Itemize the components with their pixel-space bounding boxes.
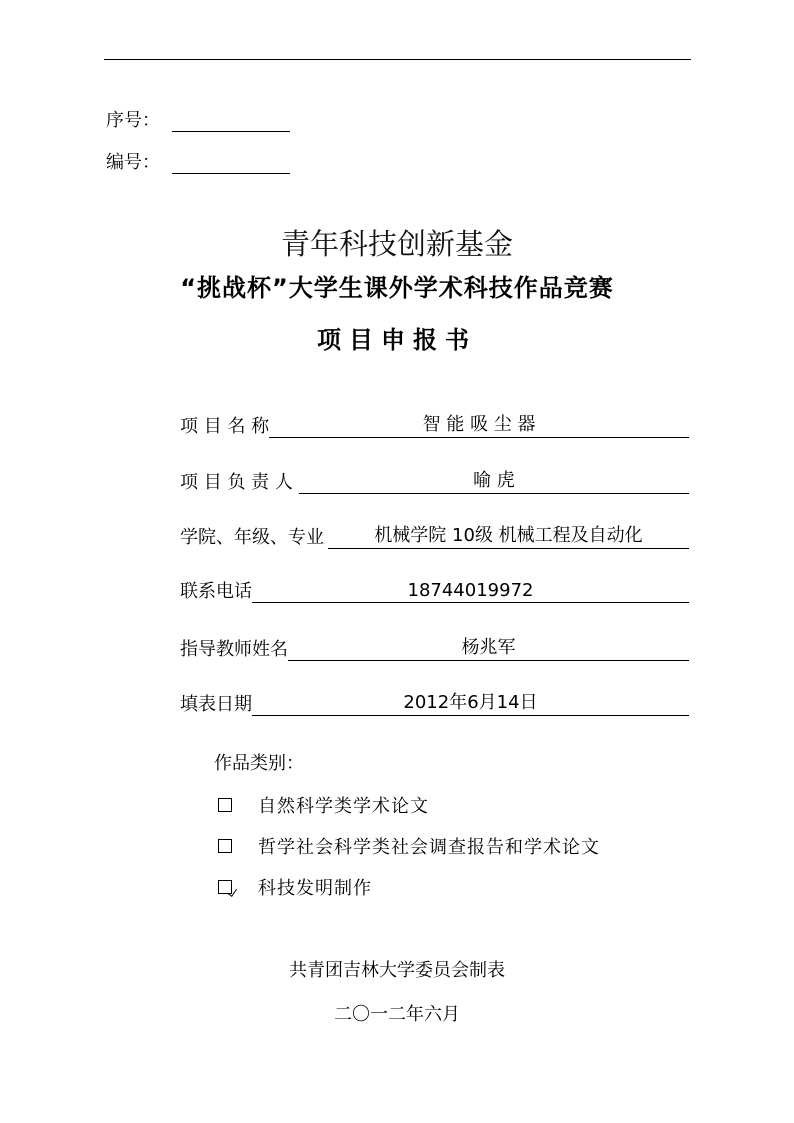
header-rule [104,59,691,60]
field-advisor: 指导教师姓名 杨兆军 [180,633,689,661]
checkbox-checked-icon[interactable] [218,880,232,894]
project-name-value[interactable]: 智 能 吸 尘 器 [269,410,689,438]
field-project-name: 项 目 名 称 智 能 吸 尘 器 [180,410,689,438]
category-label: 科技发明制作 [258,874,372,900]
advisor-value[interactable]: 杨兆军 [288,633,689,661]
category-title: 作品类别： [214,749,304,775]
field-label: 项 目 名 称 [180,412,269,438]
phone-value[interactable]: 18744019972 [252,580,689,603]
category-label: 哲学社会科学类社会调查报告和学术论文 [258,833,600,859]
fill-date-value[interactable]: 2012年6月14日 [252,688,689,716]
issue-date-text: 二〇一二年六月 [0,1000,794,1026]
category-option-social-science[interactable]: 哲学社会科学类社会调查报告和学术论文 [218,833,600,859]
field-project-leader: 项 目 负 责 人 喻 虎 [180,466,689,494]
field-label: 联系电话 [180,577,252,603]
category-option-natural-science[interactable]: 自然科学类学术论文 [218,792,429,818]
issuer-text: 共青团吉林大学委员会制表 [0,956,794,982]
field-phone: 联系电话 18744019972 [180,577,689,603]
project-leader-value[interactable]: 喻 虎 [299,466,689,494]
serial-number-field[interactable] [172,113,290,132]
field-label: 项 目 负 责 人 [180,468,293,494]
checkbox-icon[interactable] [218,839,232,853]
document-title: 项目申报书 [0,320,794,355]
code-number-row: 编号： [106,148,290,174]
category-option-invention[interactable]: 科技发明制作 [218,874,372,900]
field-college-grade-major: 学院、年级、专业 机械学院 10级 机械工程及自动化 [180,521,689,549]
serial-number-label: 序号： [106,106,170,132]
field-fill-date: 填表日期 2012年6月14日 [180,688,689,716]
competition-title: “挑战杯”大学生课外学术科技作品竞赛 [0,268,794,303]
field-label: 学院、年级、专业 [180,523,324,549]
checkbox-icon[interactable] [218,798,232,812]
fund-title: 青年科技创新基金 [0,222,794,263]
field-label: 指导教师姓名 [180,635,288,661]
code-number-field[interactable] [172,155,290,174]
college-grade-major-value[interactable]: 机械学院 10级 机械工程及自动化 [328,521,689,549]
serial-number-row: 序号： [106,106,290,132]
category-label: 自然科学类学术论文 [258,792,429,818]
field-label: 填表日期 [180,690,252,716]
code-number-label: 编号： [106,148,170,174]
